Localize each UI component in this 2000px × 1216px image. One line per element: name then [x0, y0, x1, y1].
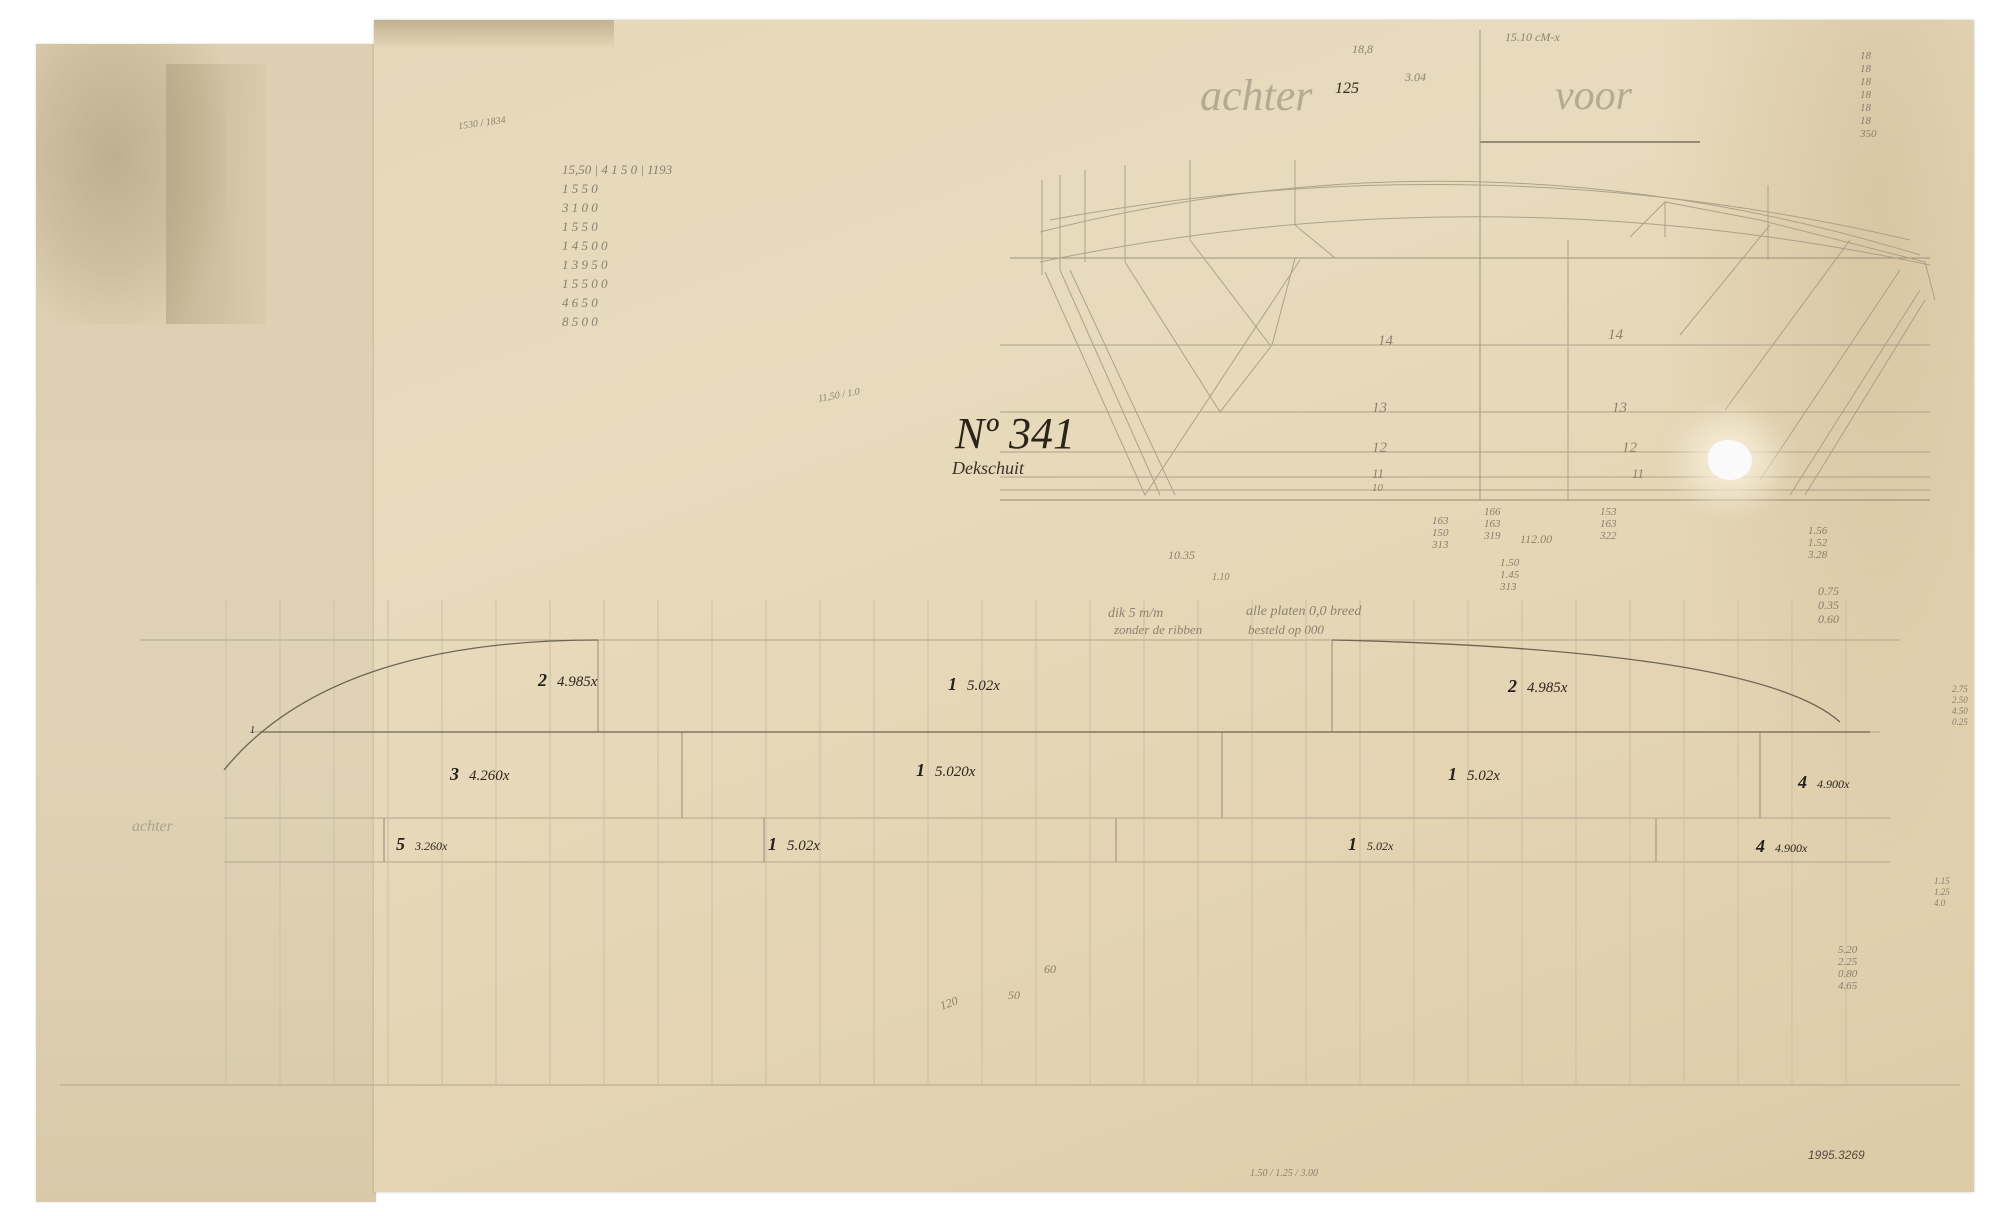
- plate-length: 5.02x: [1467, 768, 1500, 784]
- plate-mark: 1: [1448, 764, 1457, 784]
- calc-line: 0.60: [1818, 612, 1839, 626]
- plate-length: 5.02x: [787, 838, 820, 854]
- thickness-note-line2: zonder de ribben: [1114, 622, 1202, 638]
- plate-mark: 4: [1756, 836, 1765, 856]
- calc-line: 0.80: [1838, 968, 1857, 980]
- calc-line: 5.20: [1838, 944, 1857, 956]
- calc-line: 1 5 5 0: [562, 181, 598, 196]
- plate-length: 4.260x: [469, 768, 509, 784]
- plate-r2-p3: 15.02x: [1448, 764, 1500, 785]
- waterline-10-aft: 10: [1372, 482, 1383, 494]
- calc-right-margin-2: 1.15 1.25 4.0: [1934, 876, 1950, 909]
- plate-mark: 1: [1348, 834, 1357, 854]
- calc-line: 1.50: [1500, 557, 1519, 569]
- waterline-12-aft: 12: [1372, 440, 1387, 457]
- calc-line: 4.0: [1934, 898, 1945, 908]
- calc-line: 2.25: [1838, 956, 1857, 968]
- calc-line: 163: [1600, 518, 1617, 530]
- calc-line: 1 5 5 0 0: [562, 276, 608, 291]
- waterline-12-fore: 12: [1622, 440, 1637, 457]
- calc-line: 18: [1860, 115, 1871, 127]
- top-note-2: 15.10 cM-x: [1505, 30, 1560, 45]
- calc-line: 1 3 9 5 0: [562, 257, 608, 272]
- calc-line: 163: [1484, 518, 1501, 530]
- calc-line: 313: [1500, 581, 1517, 593]
- calc-under-section-2: 166 163 319: [1484, 506, 1501, 542]
- vessel-type: Dekschuit: [952, 458, 1024, 479]
- plate-r3-p3: 15.02x: [1348, 834, 1393, 855]
- calc-under-section-3: 112.00: [1520, 532, 1552, 547]
- right-column-calculation: 18 18 18 18 18 18 350: [1860, 50, 1877, 141]
- label-fore: voor: [1555, 72, 1632, 120]
- calc-right-edge-1: 1.56 1.52 3.28: [1808, 525, 1827, 561]
- plate-expansion-grid: [60, 600, 1960, 1085]
- calc-line: 18: [1860, 50, 1871, 62]
- thickness-note-line1: dik 5 m/m: [1108, 606, 1163, 622]
- calc-line: 150: [1432, 527, 1449, 539]
- calc-bottom-center-3: 60: [1044, 962, 1056, 977]
- top-note-1: 18,8: [1352, 42, 1373, 57]
- plate-mark: 1: [916, 760, 925, 780]
- calc-right-edge-2: 0.75 0.35 0.60: [1818, 584, 1839, 626]
- calc-line: 18: [1860, 63, 1871, 75]
- calc-line: 0.35: [1818, 598, 1839, 612]
- calc-line: 3.28: [1808, 549, 1827, 561]
- plate-mark: 2: [1508, 676, 1517, 696]
- plate-mark: 4: [1798, 772, 1807, 792]
- plate-length: 4.985x: [1527, 680, 1567, 696]
- plates-note-line2: besteld op 000: [1248, 622, 1324, 638]
- calc-line: 18: [1860, 76, 1871, 88]
- top-note-3: 3.04: [1405, 70, 1426, 85]
- calc-line: 1.56: [1808, 525, 1827, 537]
- plate-mark: 1: [948, 674, 957, 694]
- side-label-aft: achter: [132, 818, 173, 836]
- plate-r1-p2: 15.02x: [948, 674, 1000, 695]
- calc-line: 18: [1860, 89, 1871, 101]
- calc-line: 313: [1432, 539, 1449, 551]
- paper-hole: [1708, 440, 1752, 480]
- waterline-13-fore: 13: [1612, 400, 1627, 417]
- drawing-number: Nº 341: [955, 408, 1075, 459]
- calc-line: 15,50 | 4 1 5 0 | 1193: [562, 162, 672, 177]
- calc-line: 3 1 0 0: [562, 200, 598, 215]
- calc-line: 0.25: [1952, 717, 1968, 727]
- plates-note-line1: alle platen 0,0 breed: [1246, 604, 1361, 620]
- label-aft: achter: [1200, 70, 1312, 121]
- calc-line: 166: [1484, 506, 1501, 518]
- plate-length: 4.900x: [1775, 841, 1807, 855]
- section-view-lines: [1000, 30, 1935, 500]
- calc-line: 1.52: [1808, 537, 1827, 549]
- waterline-11-fore: 11: [1632, 466, 1644, 482]
- measurement-1-10: 1.10: [1212, 572, 1230, 583]
- waterline-14-aft: 14: [1378, 333, 1393, 350]
- plate-mark: 5: [396, 834, 405, 854]
- calc-under-section-1: 163 150 313: [1432, 515, 1449, 551]
- calc-line: 153: [1600, 506, 1617, 518]
- technical-drawing: [0, 0, 2000, 1216]
- plate-length: 5.02x: [1367, 839, 1393, 853]
- calc-line: 18: [1860, 102, 1871, 114]
- calc-right-margin-3: 5.20 2.25 0.80 4.65: [1838, 944, 1857, 992]
- calc-line: 8 5 0 0: [562, 314, 598, 329]
- calc-line: 1 4 5 0 0: [562, 238, 608, 253]
- plate-r1-p3: 24.985x: [1508, 676, 1567, 697]
- catalog-number: 1995.3269: [1808, 1148, 1865, 1162]
- plate-r3-p2: 15.02x: [768, 834, 820, 855]
- waterline-11-aft: 11: [1372, 466, 1384, 482]
- calc-line: 2.75: [1952, 684, 1968, 694]
- long-division-calculation: 15,50 | 4 1 5 0 | 1193 1 5 5 0 3 1 0 0 1…: [562, 160, 672, 331]
- calc-line: 1.25: [1934, 887, 1950, 897]
- plate-length: 5.020x: [935, 764, 975, 780]
- measurement-10-35: 10.35: [1168, 548, 1195, 563]
- waterline-14-fore: 14: [1608, 327, 1623, 344]
- calc-line: 163: [1432, 515, 1449, 527]
- calc-line: 0.75: [1818, 584, 1839, 598]
- plate-r2-p4: 44.900x: [1798, 772, 1849, 793]
- calc-line: 322: [1600, 530, 1617, 542]
- plate-mark: 1: [768, 834, 777, 854]
- plate-length: 5.02x: [967, 678, 1000, 694]
- plate-length: 4.900x: [1817, 777, 1849, 791]
- plate-length: 4.985x: [557, 674, 597, 690]
- calc-line: 1 5 5 0: [562, 219, 598, 234]
- waterline-13-aft: 13: [1372, 400, 1387, 417]
- plate-mark: 2: [538, 670, 547, 690]
- calc-line: 1.45: [1500, 569, 1519, 581]
- calc-bottom-center-2: 50: [1008, 988, 1020, 1003]
- calc-bottom-note: 1.50 / 1.25 / 3.00: [1250, 1168, 1318, 1179]
- curve-point-label: 1: [250, 725, 255, 736]
- plate-r3-p1: 53.260x: [396, 834, 447, 855]
- plate-r2-p1: 34.260x: [450, 764, 509, 785]
- calc-line: 4.50: [1952, 706, 1968, 716]
- calc-line: 350: [1860, 128, 1877, 140]
- plate-r2-p2: 15.020x: [916, 760, 975, 781]
- plate-length: 3.260x: [415, 839, 447, 853]
- plate-mark: 3: [450, 764, 459, 784]
- plate-r1-p1: 24.985x: [538, 670, 597, 691]
- calc-line: 4.65: [1838, 980, 1857, 992]
- scale-note: 125: [1335, 80, 1359, 98]
- plate-r3-p4: 44.900x: [1756, 836, 1807, 857]
- calc-line: 319: [1484, 530, 1501, 542]
- calc-under-section-4: 1.50 1.45 313: [1500, 557, 1519, 593]
- calc-line: 2.50: [1952, 695, 1968, 705]
- calc-line: 4 6 5 0: [562, 295, 598, 310]
- calc-right-margin-1: 2.75 2.50 4.50 0.25: [1952, 684, 1968, 728]
- calc-line: 1.15: [1934, 876, 1950, 886]
- calc-under-section-5: 153 163 322: [1600, 506, 1617, 542]
